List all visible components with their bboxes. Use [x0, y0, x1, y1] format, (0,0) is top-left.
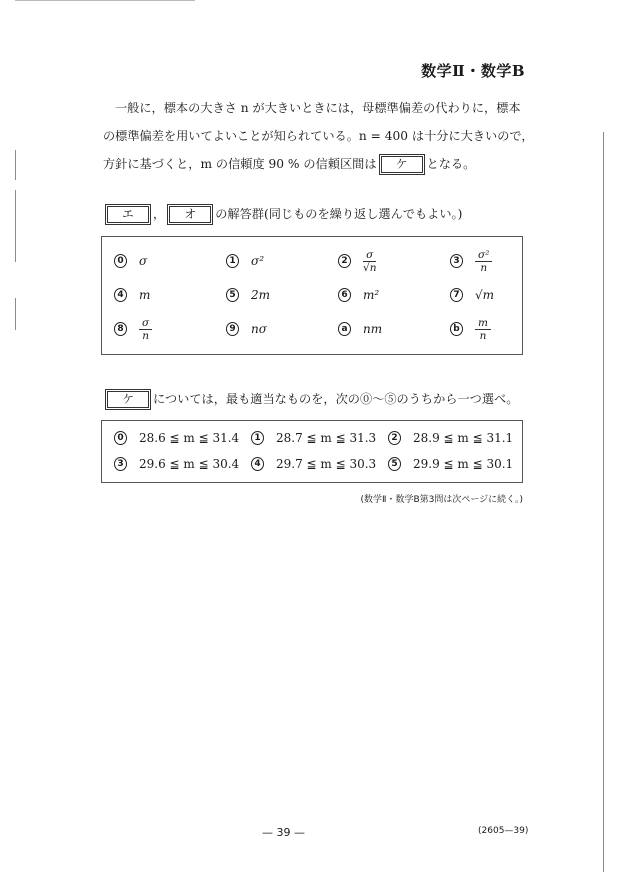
choice-option[interactable]: 028.6 ≦ m ≦ 31.4	[114, 427, 251, 449]
para-line-1: 一般に，標本の大きさ n が大きいときには，母標準偏差の代わりに，標本	[103, 94, 533, 122]
group-instructions: については，最も適当なものを，次の⓪～⑤のうちから一つ選べ。	[153, 392, 518, 406]
choice-number-icon: 0	[114, 254, 127, 268]
scan-left-edge	[15, 190, 16, 262]
choice-option[interactable]: 329.6 ≦ m ≦ 30.4	[114, 453, 251, 475]
choice-number-icon: 1	[226, 254, 239, 268]
section-header: 数学Ⅱ・数学B	[421, 60, 525, 81]
para-line-3-post: となる。	[427, 157, 476, 171]
choice-expression: nσ	[251, 322, 267, 336]
choice-option[interactable]: 228.9 ≦ m ≦ 31.1	[388, 427, 525, 449]
answer-choices-ke: 028.6 ≦ m ≦ 31.4128.7 ≦ m ≦ 31.3228.9 ≦ …	[101, 420, 523, 483]
separator: ，	[153, 207, 165, 221]
choice-number-icon: a	[338, 322, 351, 336]
choice-option[interactable]: 8σn	[114, 315, 226, 343]
answer-box-ke[interactable]: ケ	[379, 154, 425, 175]
answer-box-e[interactable]: エ	[105, 204, 151, 225]
choice-number-icon: 4	[114, 288, 127, 302]
fraction: mn	[475, 317, 491, 342]
choice-number-icon: 9	[226, 322, 239, 336]
choice-option[interactable]: bmn	[450, 315, 550, 343]
fraction: σn	[139, 317, 152, 342]
page-code: (2605—39)	[478, 826, 528, 836]
denominator: n	[480, 262, 487, 274]
choice-number-icon: 8	[114, 322, 127, 336]
choice-option[interactable]: 429.7 ≦ m ≦ 30.3	[251, 453, 388, 475]
para-line-3-pre: 方針に基づくと，m の信頼度 90 % の信頼区間は	[103, 157, 377, 171]
choice-option[interactable]: 529.9 ≦ m ≦ 30.1	[388, 453, 525, 475]
choice-expression: 2m	[251, 288, 270, 302]
answer-group-ke-label: ケについては，最も適当なものを，次の⓪～⑤のうちから一つ選べ。	[103, 389, 518, 410]
group-instructions: の解答群(同じものを繰り返し選んでもよい。)	[215, 207, 462, 221]
choice-expression: 29.9 ≦ m ≦ 30.1	[413, 457, 513, 471]
answer-group-eo-label: エ，オの解答群(同じものを繰り返し選んでもよい。)	[103, 204, 462, 225]
choice-option[interactable]: 2σ√n	[338, 247, 450, 275]
choice-number-icon: 0	[114, 431, 127, 445]
choice-expression: 28.6 ≦ m ≦ 31.4	[139, 431, 239, 445]
numerator: m	[475, 317, 491, 330]
denominator: n	[480, 330, 487, 342]
choice-number-icon: 5	[226, 288, 239, 302]
numerator: σ²	[475, 249, 492, 262]
scan-top-edge	[15, 0, 195, 1]
numerator: σ	[363, 249, 376, 262]
choice-number-icon: 5	[388, 457, 401, 471]
choice-number-icon: 4	[251, 457, 264, 471]
choice-number-icon: 1	[251, 431, 264, 445]
choice-option[interactable]: 7√m	[450, 281, 550, 309]
continued-note: (数学Ⅱ・数学B第3問は次ページに続く。)	[361, 492, 524, 505]
answer-box-ke-2[interactable]: ケ	[105, 389, 151, 410]
scan-left-edge	[15, 298, 16, 330]
choice-number-icon: 3	[450, 254, 463, 268]
choice-option[interactable]: 1σ²	[226, 247, 338, 275]
choice-number-icon: 6	[338, 288, 351, 302]
choice-expression: 29.6 ≦ m ≦ 30.4	[139, 457, 239, 471]
choice-expression: nm	[363, 322, 382, 336]
choice-expression: σ	[139, 254, 147, 268]
answer-choices-eo: 0σ1σ²2σ√n3σ²n4m52m6m²7√m8σn9nσanmbmn	[101, 236, 523, 355]
choice-expression: 29.7 ≦ m ≦ 30.3	[276, 457, 376, 471]
scan-right-edge	[603, 132, 604, 872]
choice-option[interactable]: 52m	[226, 281, 338, 309]
choice-option[interactable]: 9nσ	[226, 315, 338, 343]
choice-number-icon: 2	[388, 431, 401, 445]
choice-expression: √m	[475, 288, 494, 302]
choice-option[interactable]: anm	[338, 315, 450, 343]
choice-number-icon: 7	[450, 288, 463, 302]
choice-expression: 28.9 ≦ m ≦ 31.1	[413, 431, 513, 445]
fraction: σ√n	[363, 249, 376, 274]
choice-option[interactable]: 128.7 ≦ m ≦ 31.3	[251, 427, 388, 449]
para-line-2: の標準偏差を用いてよいことが知られている。n = 400 は十分に大きいので，	[103, 122, 533, 150]
denominator: √n	[363, 262, 376, 274]
para-line-3: 方針に基づくと，m の信頼度 90 % の信頼区間はケとなる。	[103, 150, 533, 178]
choice-option[interactable]: 6m²	[338, 281, 450, 309]
numerator: σ	[139, 317, 152, 330]
choice-number-icon: b	[450, 322, 463, 336]
denominator: n	[142, 330, 149, 342]
choice-expression: σ²	[251, 254, 264, 268]
fraction: σ²n	[475, 249, 492, 274]
scan-left-edge	[15, 150, 16, 180]
choice-number-icon: 2	[338, 254, 351, 268]
choice-expression: 28.7 ≦ m ≦ 31.3	[276, 431, 376, 445]
choice-option[interactable]: 4m	[114, 281, 226, 309]
choice-number-icon: 3	[114, 457, 127, 471]
choice-option[interactable]: 3σ²n	[450, 247, 550, 275]
choice-expression: m²	[363, 288, 379, 302]
body-paragraph: 一般に，標本の大きさ n が大きいときには，母標準偏差の代わりに，標本 の標準偏…	[103, 94, 533, 178]
answer-box-o[interactable]: オ	[167, 204, 213, 225]
page-number: — 39 —	[262, 826, 305, 839]
choice-option[interactable]: 0σ	[114, 247, 226, 275]
choice-expression: m	[139, 288, 150, 302]
